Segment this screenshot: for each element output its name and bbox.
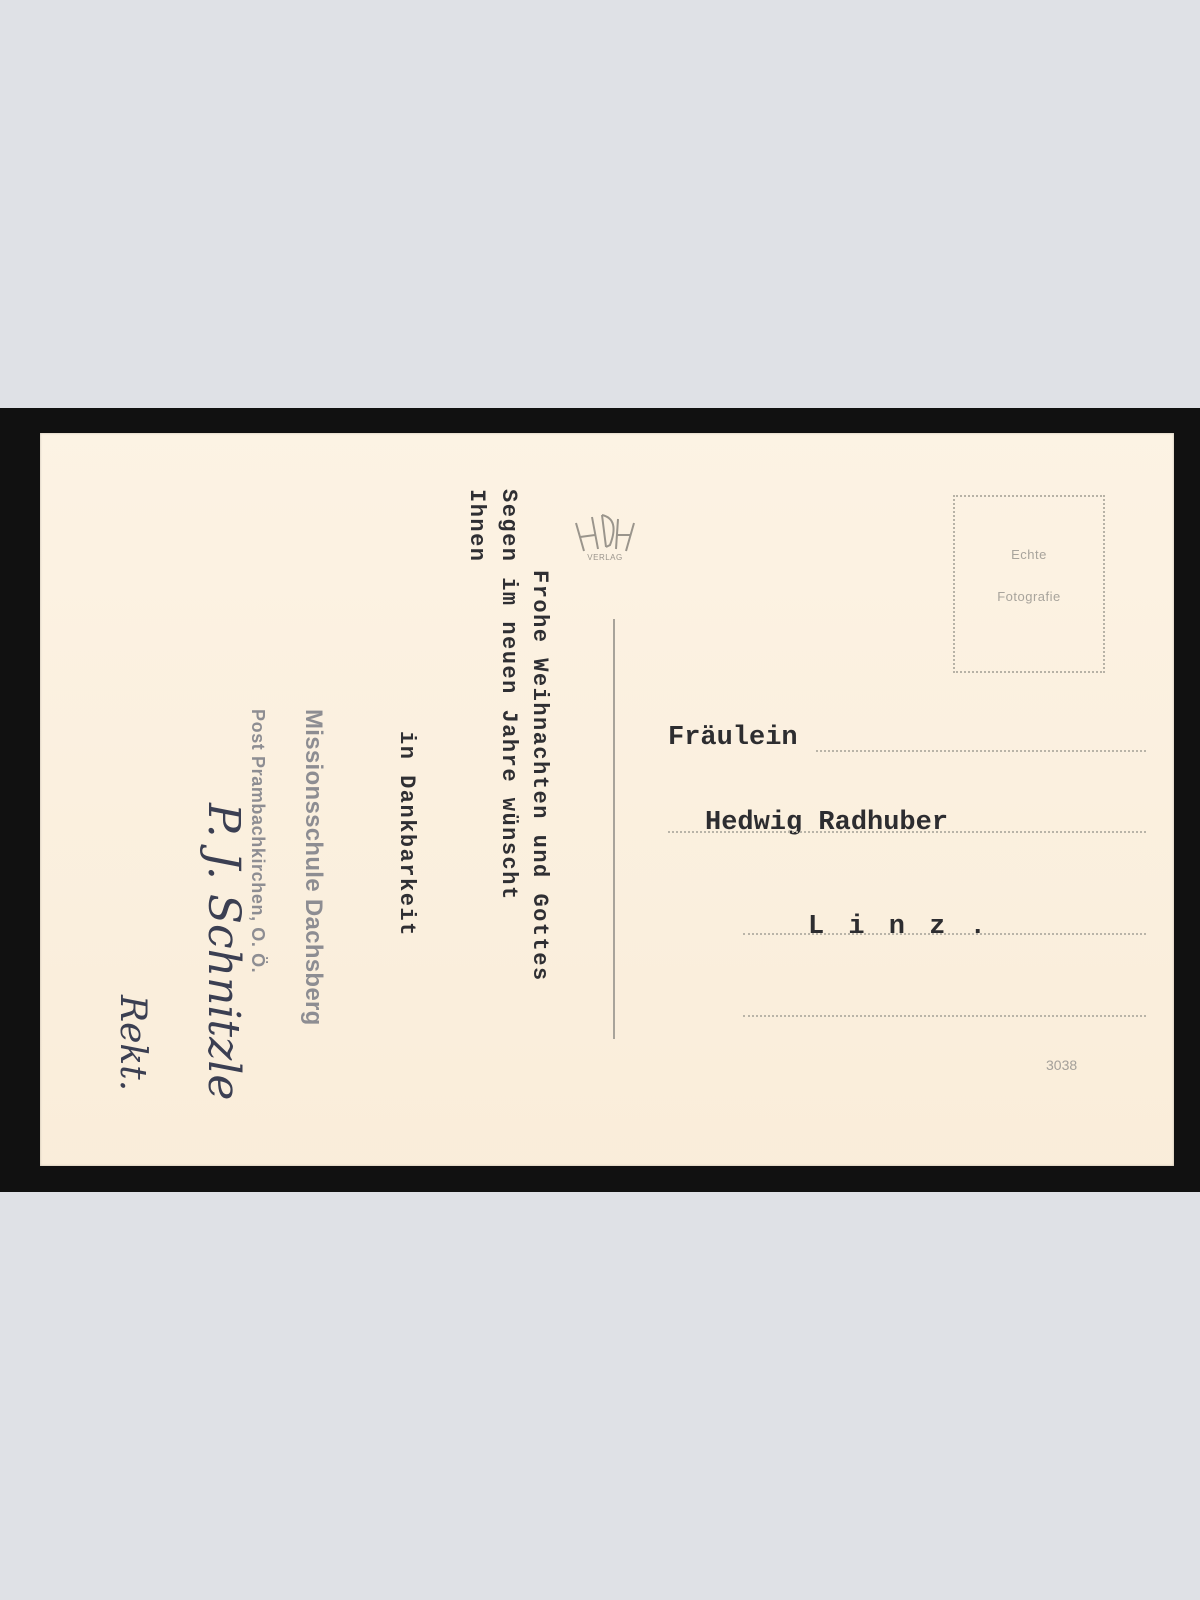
stamp-placement-box: Echte Fotografie — [953, 495, 1105, 673]
signature-title: Rekt. — [114, 995, 150, 1091]
greeting-line-2: Segen im neuen Jahre wünscht — [497, 489, 519, 901]
rubber-stamp-line-1: Missionsschule Dachsberg — [301, 709, 325, 1026]
publisher-logo: VERLAG — [570, 505, 640, 567]
greeting-line-1: Frohe Weihnachten und Gottes — [528, 570, 550, 982]
address-salutation: Fräulein — [668, 725, 798, 752]
address-city: L i n z . — [808, 914, 990, 941]
signature: P. J. Schnitzle — [201, 803, 245, 1100]
center-divider — [613, 619, 615, 1039]
rubber-stamp-line-2: Post Prambachkirchen, O. Ö. — [249, 709, 267, 973]
address-line-2 — [668, 831, 1146, 833]
stamp-box-text-fotografie: Fotografie — [955, 589, 1103, 604]
greeting-line-3: Ihnen — [465, 489, 487, 563]
address-line-1 — [816, 750, 1146, 752]
address-line-3 — [743, 933, 1146, 935]
greeting-line-4: in Dankbarkeit — [395, 731, 417, 937]
publisher-label: VERLAG — [582, 553, 628, 562]
postcard-back: Frohe Weihnachten und Gottes Segen im ne… — [40, 433, 1174, 1166]
stamp-box-text-echte: Echte — [955, 547, 1103, 562]
address-line-4 — [743, 1015, 1146, 1017]
card-number: 3038 — [1046, 1057, 1077, 1073]
